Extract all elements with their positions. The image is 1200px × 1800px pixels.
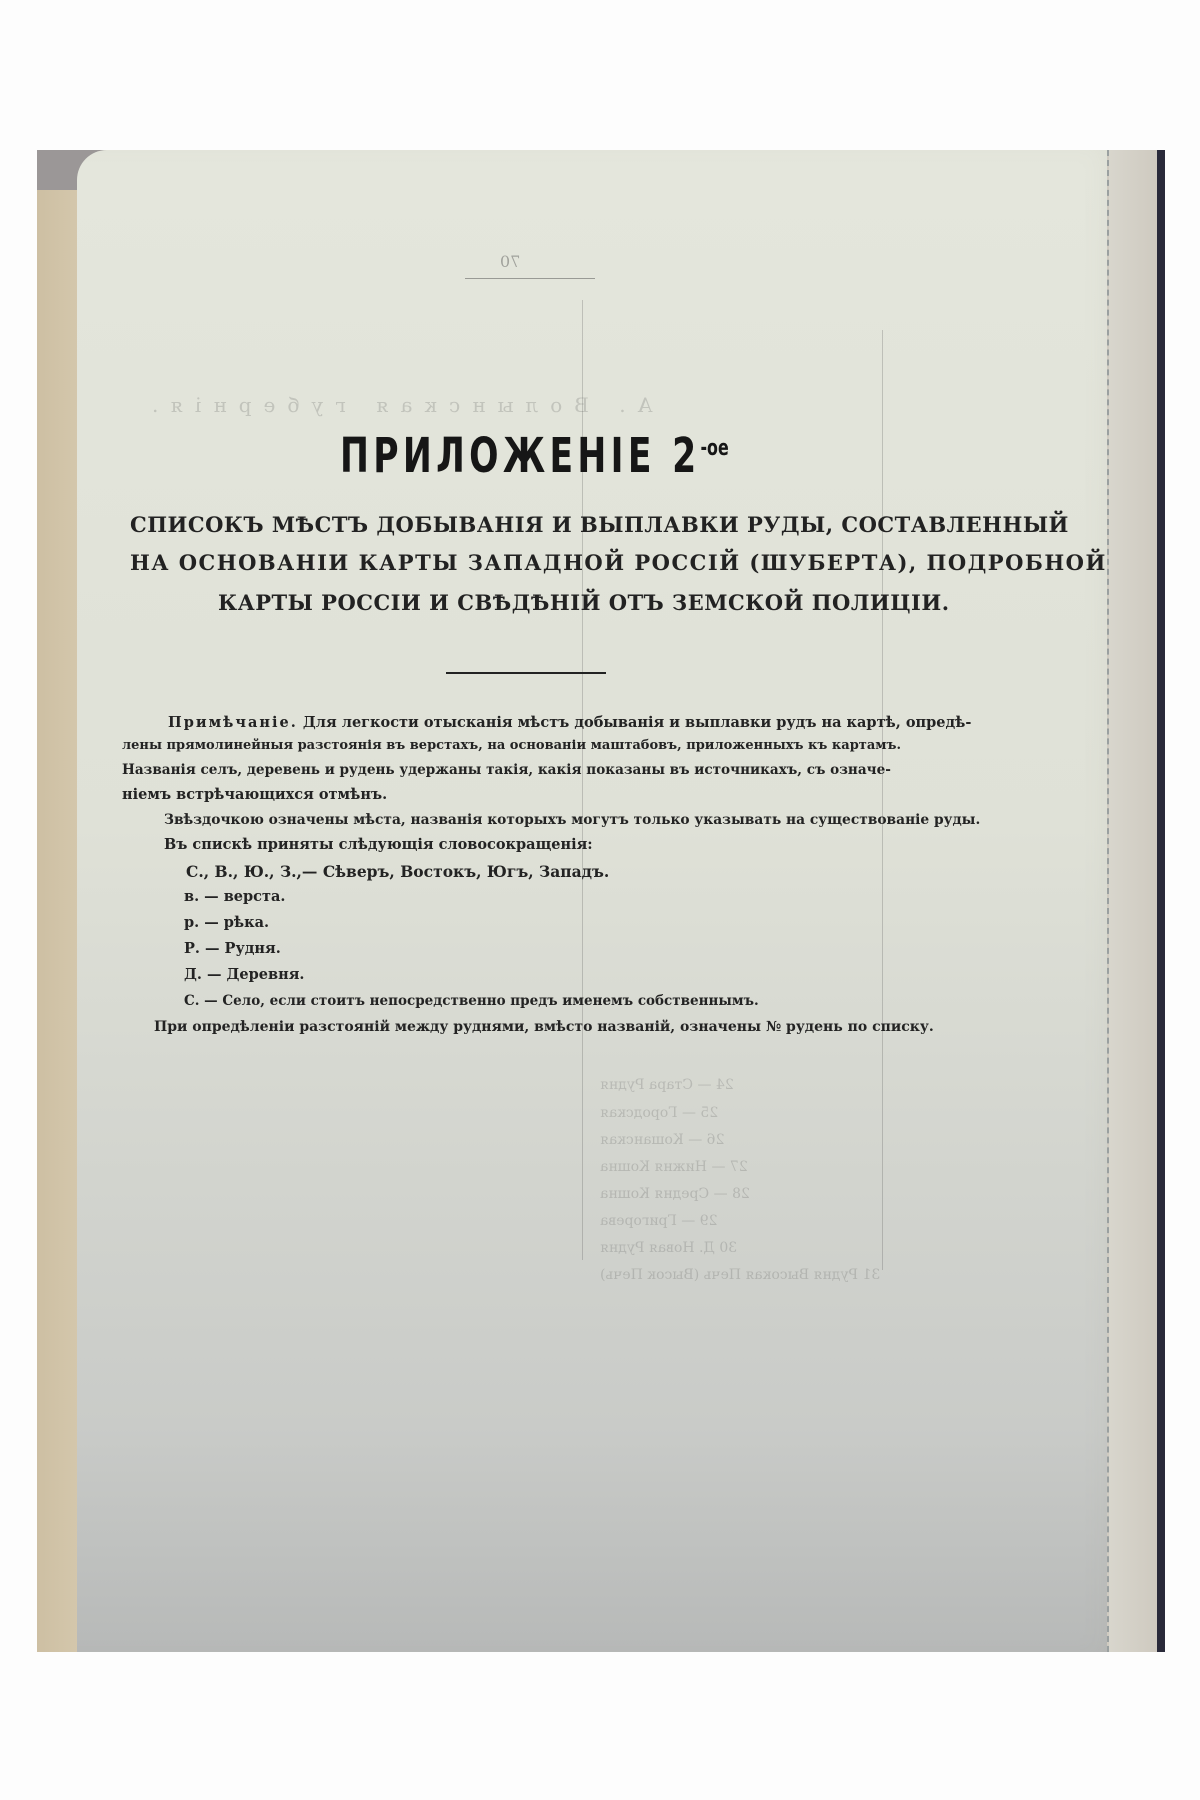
abbreviation-item: Р. — Рудня. xyxy=(184,940,281,957)
asterisk-note: Звѣздочкою означены мѣста, названія кото… xyxy=(164,812,980,828)
abbreviation-item: Д. — Деревня. xyxy=(184,966,304,983)
subtitle-line: КАРТЫ РОССІИ И СВѢДѢНІЙ ОТЪ ЗЕМСКОЙ ПОЛИ… xyxy=(218,590,950,615)
note-line: Примѣчаніе. Для легкости отысканія мѣстъ… xyxy=(168,714,971,731)
abbreviation-item: С., В., Ю., З.,— Сѣверъ, Востокъ, Югъ, З… xyxy=(186,862,609,881)
subtitle-line: СПИСОКЪ МѢСТЪ ДОБЫВАНІЯ И ВЫПЛАВКИ РУДЫ,… xyxy=(130,512,1069,537)
title-superscript: -ое xyxy=(700,436,728,461)
document-content: ПРИЛОЖЕНІЕ 2-ое СПИСОКЪ МѢСТЪ ДОБЫВАНІЯ … xyxy=(0,0,1200,1800)
note-line: лены прямолинейныя разстоянія въ верстах… xyxy=(122,738,901,753)
abbreviation-item: в. — верста. xyxy=(184,888,285,905)
title-rule xyxy=(446,672,606,674)
appendix-title-text: ПРИЛОЖЕНІЕ 2 xyxy=(340,428,700,484)
abbreviations-intro: Въ спискѣ приняты слѣдующія словосокраще… xyxy=(164,836,593,853)
abbreviation-item: р. — рѣка. xyxy=(184,914,269,931)
distance-note: При опредѣленіи разстояній между руднями… xyxy=(154,1019,934,1035)
note-line: Названія селъ, деревень и рудень удержан… xyxy=(122,762,891,778)
note-text: Для легкости отысканія мѣстъ добыванія и… xyxy=(303,714,972,731)
note-line: ніемъ встрѣчающихся отмѣнъ. xyxy=(122,786,387,803)
abbreviation-item: С. — Село, если стоитъ непосредственно п… xyxy=(184,993,759,1009)
note-label: Примѣчаніе. xyxy=(168,714,298,731)
appendix-title: ПРИЛОЖЕНІЕ 2-ое xyxy=(340,428,729,484)
subtitle-line: НА ОСНОВАНІИ КАРТЫ ЗАПАДНОЙ РОССІЙ (ШУБЕ… xyxy=(130,550,1107,575)
